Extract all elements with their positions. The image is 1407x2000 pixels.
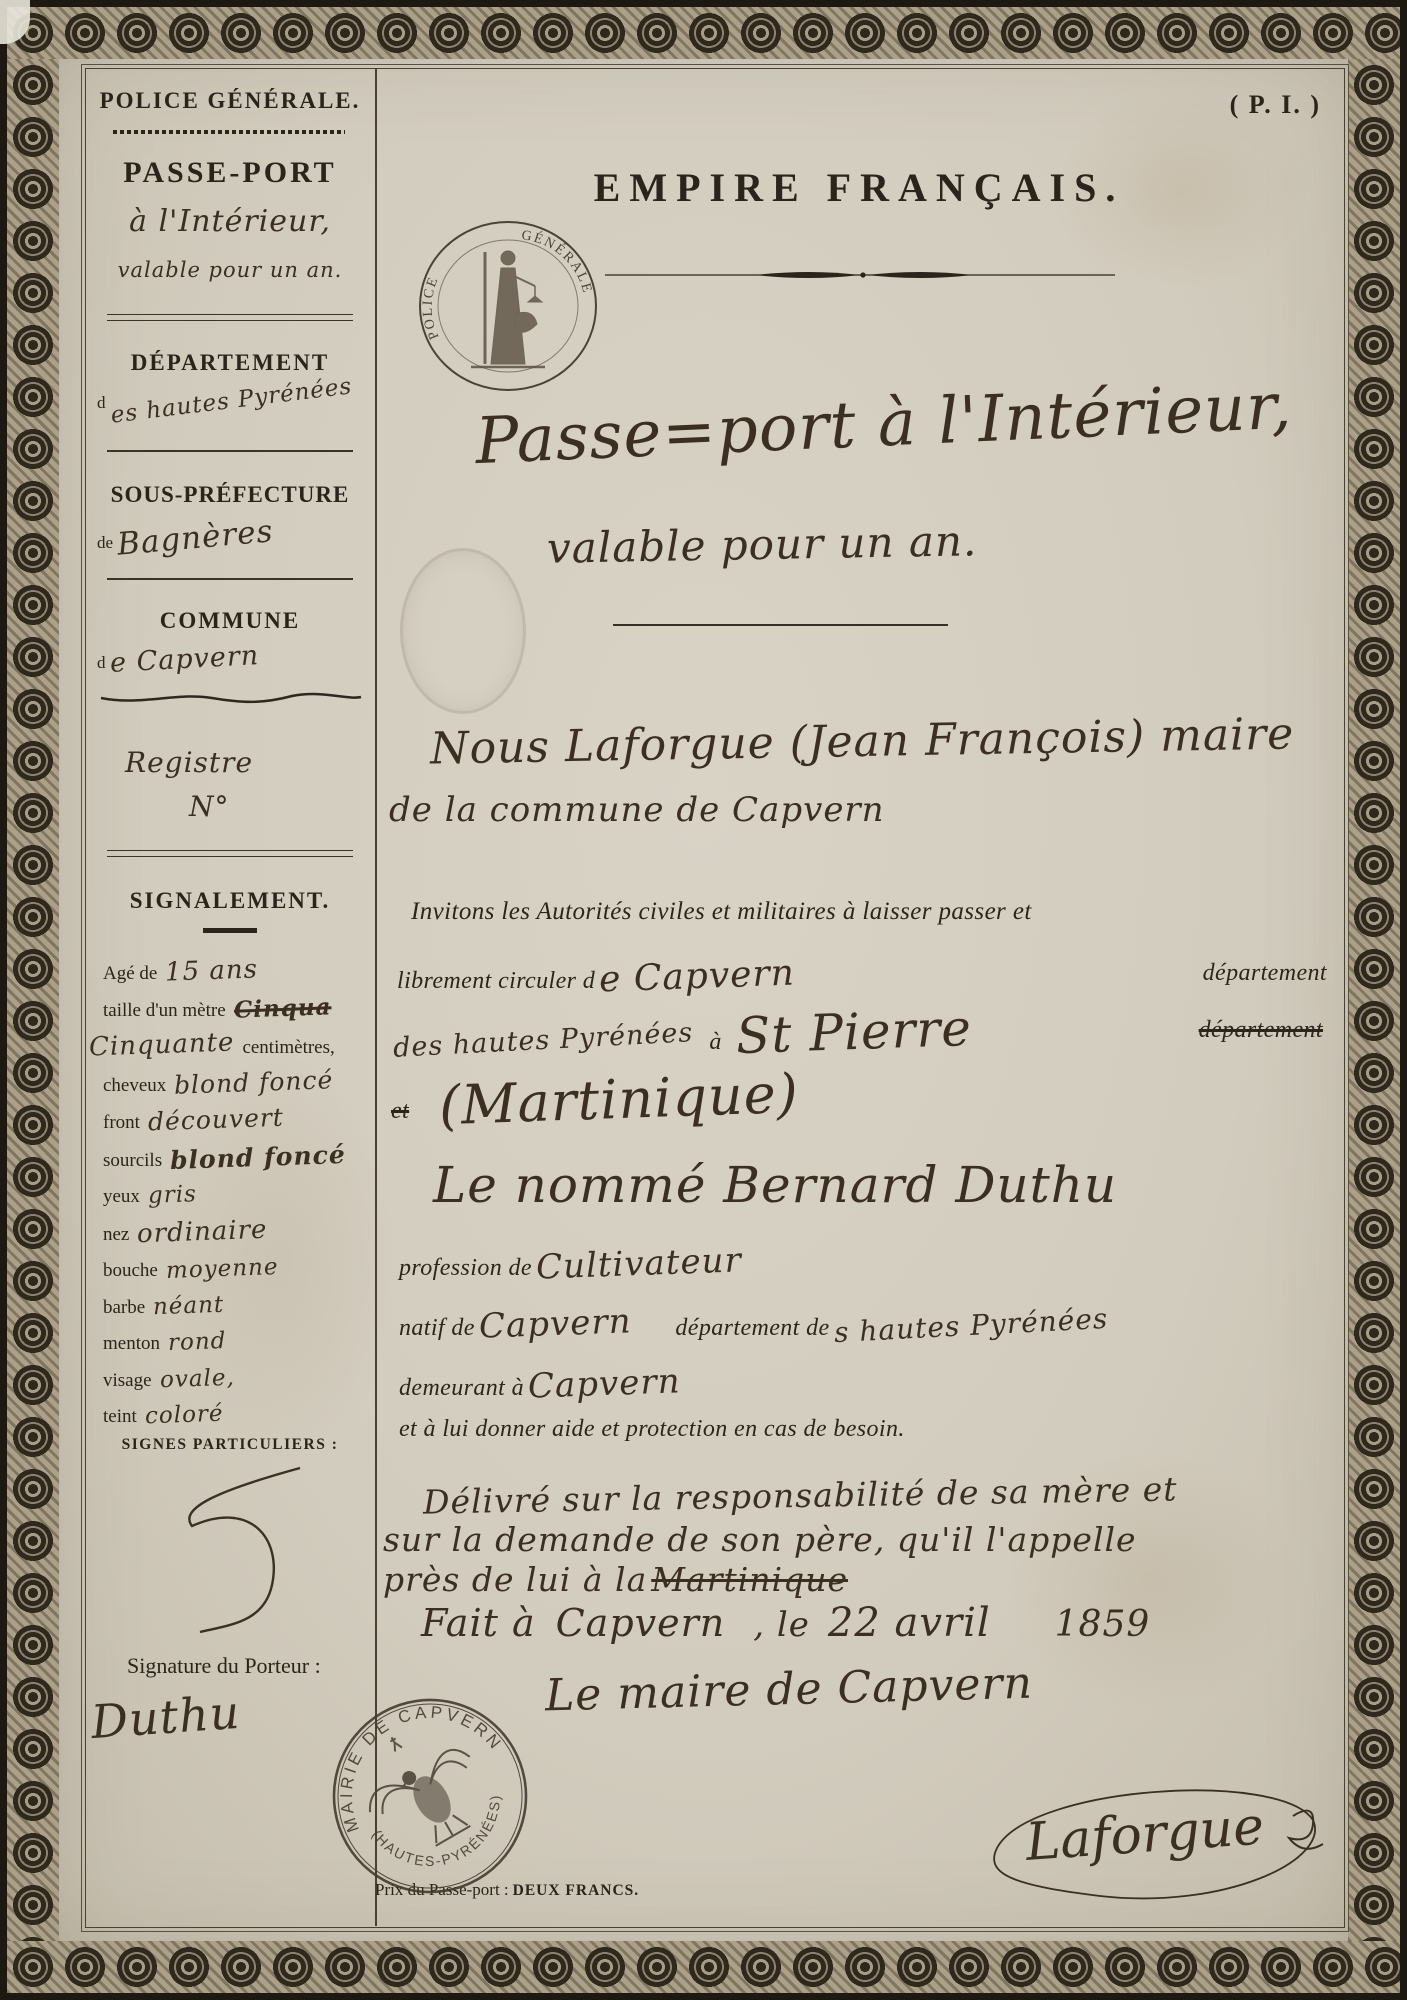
profession-value: Cultivateur — [535, 1240, 742, 1287]
signalement-row: nezordinaire — [103, 1215, 373, 1253]
signalement-row: cheveuxblond foncé — [103, 1066, 373, 1104]
mayor-signature: Laforgue — [975, 1768, 1345, 1928]
residence-line: demeurant à Capvern — [399, 1364, 681, 1404]
fait-place: Capvern — [556, 1601, 726, 1645]
border-edge-left — [0, 0, 7, 2000]
residence-label: demeurant à — [399, 1375, 524, 1401]
delivered-line3-place: Martinique — [651, 1560, 848, 1599]
protection-line: et à lui donner aide et protection en ca… — [399, 1416, 905, 1443]
signalement-row: mentonrond — [103, 1325, 373, 1362]
mayor-signature-text: Laforgue — [1023, 1796, 1266, 1873]
column-separator — [375, 68, 377, 1926]
border-edge-bottom — [0, 1993, 1407, 2000]
rosette-border-right — [1348, 59, 1400, 1941]
signalement-row: Cinquantecentimètres, — [89, 1028, 373, 1066]
delivered-line3-prefix: près de lui à la — [383, 1560, 647, 1599]
signalement-title: SIGNALEMENT. — [85, 888, 375, 914]
profession-line: profession de Cultivateur — [399, 1244, 742, 1284]
double-rule — [107, 850, 353, 857]
justice-figure — [471, 251, 545, 367]
bearer-signature: Duthu — [89, 1685, 242, 1749]
signalement-row: bouchemoyenne — [103, 1252, 373, 1289]
martinique-line: et (Martinique) — [391, 1068, 799, 1131]
price-value: DEUX FRANCS. — [513, 1882, 640, 1899]
passport-document: POLICE GÉNÉRALE. PASSE-PORT à l'Intérieu… — [0, 0, 1407, 2000]
registre-label: Registre — [125, 746, 253, 779]
struck-et-word: et — [391, 1098, 409, 1124]
invite-line: Invitons les Autorités civiles et milita… — [411, 898, 1032, 926]
signalement-row: yeuxgris — [103, 1178, 373, 1215]
fait-line: Fait à Capvern , le 22 avril 1859 — [421, 1600, 1150, 1646]
destination-line: des hautes Pyrénées à St Pierre départem… — [393, 1003, 1323, 1061]
short-rule — [613, 624, 948, 626]
rule — [107, 450, 353, 452]
circulate-label: librement circuler d — [397, 968, 595, 994]
fait-date: 22 avril — [828, 1600, 991, 1646]
natif-line: natif de Capvern département de s hautes… — [399, 1304, 1334, 1344]
wavy-rule — [97, 690, 365, 706]
script-subtitle: valable pour un an. — [547, 516, 978, 573]
page-code: ( P. I. ) — [1230, 90, 1321, 120]
circulate-value: e Capvern — [599, 953, 796, 1001]
registre-number: N° — [189, 790, 230, 823]
signature-porteur-label: Signature du Porteur : — [127, 1653, 321, 1679]
delivered-line2: sur la demande de son père, qu'il l'appe… — [383, 1520, 1137, 1559]
destination-paren: (Martinique) — [438, 1062, 800, 1138]
destination-value: St Pierre — [735, 999, 973, 1065]
departement-value-line: d es hautes Pyrénées — [97, 388, 352, 414]
signalement-row: visageovale, — [103, 1362, 373, 1399]
signalement-row: frontdécouvert — [103, 1103, 373, 1141]
profession-label: profession de — [399, 1255, 532, 1281]
embossed-blind-seal — [400, 548, 526, 714]
fait-le: , le — [753, 1605, 810, 1645]
sous-prefecture-value: Bagnères — [116, 513, 275, 563]
signes-particuliers-label: SIGNES PARTICULIERS : — [85, 1436, 375, 1454]
police-generale-heading: POLICE GÉNÉRALE. — [85, 88, 375, 114]
opening-line2: de la commune de Capvern — [389, 790, 885, 830]
residence-value: Capvern — [527, 1361, 681, 1406]
commune-value-line: d e Capvern — [97, 644, 259, 675]
police-generale-seal: POLICE GÉNÉRALE — [411, 214, 606, 399]
from-department: des hautes Pyrénées — [392, 1017, 694, 1064]
signalement-rows: Agé de15 ans taille d'un mètreCinqua Cin… — [103, 954, 373, 1435]
dotted-rule — [113, 130, 345, 134]
double-rule — [107, 314, 353, 321]
rule — [107, 578, 353, 580]
border-edge-top — [0, 0, 1407, 7]
signalement-row: taille d'un mètreCinqua — [103, 992, 373, 1029]
signalement-row: teintcoloré — [103, 1398, 373, 1435]
commune-label: COMMUNE — [85, 608, 375, 634]
rosette-border-bottom — [7, 1941, 1400, 1993]
signes-flourish — [130, 1460, 320, 1640]
fait-prefix: Fait à — [421, 1601, 536, 1645]
to-word: à — [709, 1029, 721, 1055]
commune-prefix: d — [97, 653, 106, 672]
passeport-heading: PASSE-PORT — [85, 156, 375, 190]
short-dash-rule — [203, 928, 257, 933]
rosette-border-top — [7, 7, 1400, 59]
fait-year: 1859 — [1055, 1604, 1151, 1645]
sous-prefecture-prefix: de — [97, 533, 113, 552]
sous-prefecture-label: SOUS-PRÉFECTURE — [85, 482, 375, 508]
empire-francais-title: EMPIRE FRANÇAIS. — [375, 164, 1343, 211]
passeport-validity: valable pour un an. — [85, 258, 375, 282]
named-line: Le nommé Bernard Duthu — [433, 1156, 1117, 1214]
natif-dep-label: département de — [675, 1315, 829, 1341]
natif-label: natif de — [399, 1315, 475, 1341]
signalement-row: barbenéant — [103, 1289, 373, 1326]
sous-prefecture-value-line: de Bagnères — [97, 520, 274, 556]
commune-value: e Capvern — [109, 640, 260, 679]
signalement-row: sourcilsblond foncé — [103, 1141, 373, 1179]
struck-department-word: département — [1199, 1017, 1323, 1044]
department-word: département — [1203, 960, 1327, 987]
border-edge-right — [1400, 0, 1407, 2000]
departement-prefix: d — [97, 393, 106, 412]
departement-label: DÉPARTEMENT — [85, 350, 375, 376]
delivered-line3: près de lui à la Martinique — [383, 1560, 848, 1599]
natif-dep-value: s hautes Pyrénées — [833, 1302, 1109, 1349]
passeport-subheading: à l'Intérieur, — [85, 204, 375, 239]
signalement-row: Agé de15 ans — [103, 954, 373, 992]
rosette-border-left — [7, 59, 59, 1941]
natif-value: Capvern — [478, 1301, 632, 1346]
circulate-line: librement circuler d e Capvern départeme… — [397, 956, 1327, 997]
spindle-rule — [605, 268, 1115, 282]
